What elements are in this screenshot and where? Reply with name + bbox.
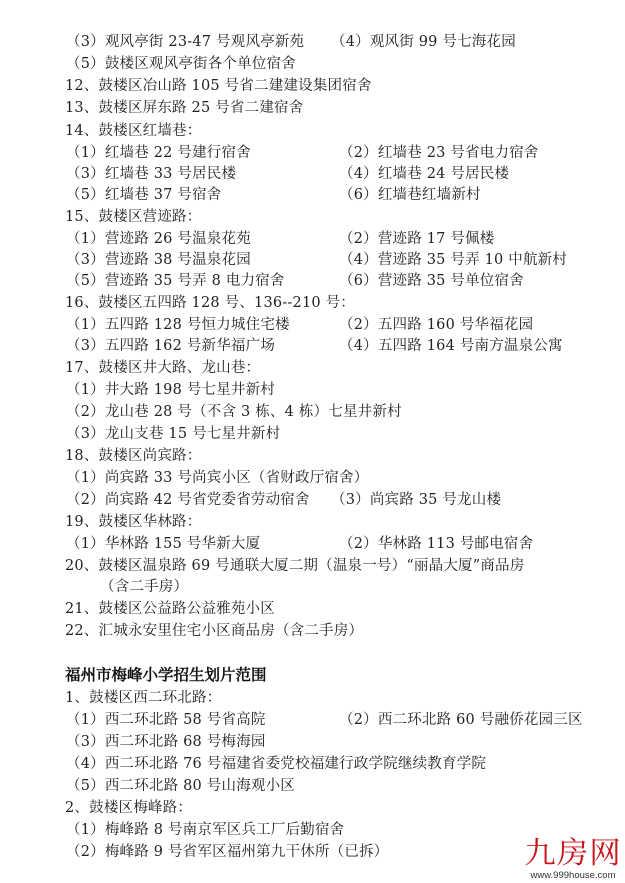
item-text-second-column: （4）观风街 99 号七海花园 <box>331 32 516 52</box>
list-item: （5）营迹路 35 号弄 8 电力宿舍（6）营迹路 35 号单位宿舍 <box>66 271 285 291</box>
watermark-url: www.999house.com <box>523 870 623 882</box>
item-text-second-column: （2）红墙巷 23 号省电力宿舍 <box>339 143 539 163</box>
list-item: （4）西二环北路 76 号福建省委党校福建行政学院继续教育学院 <box>66 754 486 774</box>
item-text: （1）华林路 155 号华新大厦 <box>66 536 260 552</box>
section-title: 福州市梅峰小学招生划片范围 <box>65 664 267 686</box>
item-text: （2）龙山巷 28 号（不含 3 栋、4 栋）七星井新村 <box>66 404 402 420</box>
item-text-second-column: （6）营迹路 35 号单位宿舍 <box>339 271 524 291</box>
list-heading: 17、鼓楼区井大路、龙山巷： <box>65 358 260 378</box>
list-item: （5）红墙巷 37 号宿舍（6）红墙巷红墙新村 <box>66 185 222 205</box>
item-text: 22、汇城永安里住宅小区商品房（含二手房） <box>65 623 363 639</box>
watermark-logo: 九房网 <box>521 838 625 870</box>
item-text: 17、鼓楼区井大路、龙山巷： <box>65 360 260 376</box>
list-item: （1）梅峰路 8 号南京军区兵工厂后勤宿舍 <box>66 820 344 840</box>
item-text: 13、鼓楼区屏东路 25 号省二建宿舍 <box>65 100 303 116</box>
list-item: （3）龙山支巷 15 号七星井新村 <box>66 424 280 444</box>
list-item: （5）西二环北路 80 号山海观小区 <box>66 776 295 796</box>
item-text: 14、鼓楼区红墙巷： <box>65 123 201 139</box>
list-item: （1）五四路 128 号恒力城住宅楼（2）五四路 160 号华福花园 <box>66 315 290 335</box>
item-text-second-column: （4）五四路 164 号南方温泉公寓 <box>339 336 563 356</box>
item-text: （3）龙山支巷 15 号七星井新村 <box>66 426 280 442</box>
item-text: （1）红墙巷 22 号建行宿舍 <box>66 145 251 161</box>
item-text: 20、鼓楼区温泉路 69 号通联大厦二期（温泉一号）“丽晶大厦”商品房 <box>65 558 524 574</box>
item-text: （1）井大路 198 号七星井新村 <box>66 382 275 398</box>
list-item: （3）西二环北路 68 号梅海园 <box>66 732 266 752</box>
list-heading: 14、鼓楼区红墙巷： <box>65 121 201 141</box>
list-item: （1）井大路 198 号七星井新村 <box>66 380 275 400</box>
item-text: （4）西二环北路 76 号福建省委党校福建行政学院继续教育学院 <box>66 756 486 772</box>
list-heading: 19、鼓楼区华林路： <box>65 512 201 532</box>
item-text: 18、鼓楼区尚宾路： <box>65 448 201 464</box>
list-item: （2）梅峰路 9 号省军区福州第九干休所（已拆） <box>66 842 388 862</box>
item-text: （5）红墙巷 37 号宿舍 <box>66 187 222 203</box>
list-heading: 20、鼓楼区温泉路 69 号通联大厦二期（温泉一号）“丽晶大厦”商品房 <box>65 556 524 576</box>
item-text: 2、鼓楼区梅峰路： <box>65 800 192 816</box>
list-item: （3）红墙巷 33 号居民楼（4）红墙巷 24 号居民楼 <box>66 164 236 184</box>
item-text: （2）尚宾路 42 号省党委省劳动宿舍 <box>66 492 310 508</box>
item-text-second-column: （6）红墙巷红墙新村 <box>339 185 481 205</box>
item-text: （3）西二环北路 68 号梅海园 <box>66 734 266 750</box>
item-text: （含二手房） <box>100 579 188 595</box>
item-text-second-column: （3）尚宾路 35 号龙山楼 <box>331 490 501 510</box>
item-text: （5）营迹路 35 号弄 8 电力宿舍 <box>66 273 285 289</box>
list-item: （1）西二环北路 58 号省高院（2）西二环北路 60 号融侨花园三区 <box>66 710 266 730</box>
list-heading: 13、鼓楼区屏东路 25 号省二建宿舍 <box>65 98 303 118</box>
item-text: 19、鼓楼区华林路： <box>65 514 201 530</box>
item-text: （1）五四路 128 号恒力城住宅楼 <box>66 317 290 333</box>
item-text: （5）鼓楼区观风亭街各个单位宿舍 <box>66 56 296 72</box>
item-text: （3）观风亭街 23-47 号观风亭新苑 <box>66 34 304 50</box>
list-item: （2）尚宾路 42 号省党委省劳动宿舍（3）尚宾路 35 号龙山楼 <box>66 490 310 510</box>
item-text: 1、鼓楼区西二环北路： <box>65 690 221 706</box>
list-item: （1）华林路 155 号华新大厦（2）华林路 113 号邮电宿舍 <box>66 534 260 554</box>
item-text-second-column: （2）华林路 113 号邮电宿舍 <box>339 534 533 554</box>
item-text: 21、鼓楼区公益路公益雅苑小区 <box>65 601 275 617</box>
list-item: （2）龙山巷 28 号（不含 3 栋、4 栋）七星井新村 <box>66 402 402 422</box>
list-item: （1）红墙巷 22 号建行宿舍（2）红墙巷 23 号省电力宿舍 <box>66 143 251 163</box>
list-heading: 2、鼓楼区梅峰路： <box>65 798 192 818</box>
item-text: （3）红墙巷 33 号居民楼 <box>66 166 236 182</box>
list-heading: 21、鼓楼区公益路公益雅苑小区 <box>65 599 275 619</box>
item-text: （1）尚宾路 33 号尚宾小区（省财政厅宿舍） <box>66 470 369 486</box>
item-text: （3）营迹路 38 号温泉花园 <box>66 252 251 268</box>
list-heading: 12、鼓楼区冶山路 105 号省二建建设集团宿舍 <box>65 76 372 96</box>
list-item: （含二手房） <box>100 577 188 597</box>
item-text-second-column: （2）西二环北路 60 号融侨花园三区 <box>339 710 583 730</box>
item-text: 16、鼓楼区五四路 128 号、136--210 号： <box>65 295 355 311</box>
list-item: （5）鼓楼区观风亭街各个单位宿舍 <box>66 54 296 74</box>
list-item: （1）营迹路 26 号温泉花苑（2）营迹路 17 号佩楼 <box>66 229 251 249</box>
list-item: （3）五四路 162 号新华福广场（4）五四路 164 号南方温泉公寓 <box>66 336 275 356</box>
list-heading: 18、鼓楼区尚宾路： <box>65 446 201 466</box>
item-text: （3）五四路 162 号新华福广场 <box>66 338 275 354</box>
list-item: （3）观风亭街 23-47 号观风亭新苑（4）观风街 99 号七海花园 <box>66 32 304 52</box>
item-text: 12、鼓楼区冶山路 105 号省二建建设集团宿舍 <box>65 78 372 94</box>
item-text: （5）西二环北路 80 号山海观小区 <box>66 778 295 794</box>
item-text: （1）西二环北路 58 号省高院 <box>66 712 266 728</box>
list-heading: 15、鼓楼区营迹路： <box>65 207 201 227</box>
item-text: （2）梅峰路 9 号省军区福州第九干休所（已拆） <box>66 844 388 860</box>
item-text-second-column: （4）营迹路 35 号弄 10 中航新村 <box>339 250 567 270</box>
item-text-second-column: （2）营迹路 17 号佩楼 <box>339 229 495 249</box>
item-text-second-column: （2）五四路 160 号华福花园 <box>339 315 533 335</box>
item-text-second-column: （4）红墙巷 24 号居民楼 <box>339 164 509 184</box>
watermark: 九房网 www.999house.com <box>523 838 623 882</box>
list-item: （3）营迹路 38 号温泉花园（4）营迹路 35 号弄 10 中航新村 <box>66 250 251 270</box>
list-heading: 1、鼓楼区西二环北路： <box>65 688 221 708</box>
list-item: （1）尚宾路 33 号尚宾小区（省财政厅宿舍） <box>66 468 369 488</box>
item-text: （1）梅峰路 8 号南京军区兵工厂后勤宿舍 <box>66 822 344 838</box>
item-text: 15、鼓楼区营迹路： <box>65 209 201 225</box>
item-text: （1）营迹路 26 号温泉花苑 <box>66 231 251 247</box>
list-heading: 22、汇城永安里住宅小区商品房（含二手房） <box>65 621 363 641</box>
list-heading: 16、鼓楼区五四路 128 号、136--210 号： <box>65 293 355 313</box>
